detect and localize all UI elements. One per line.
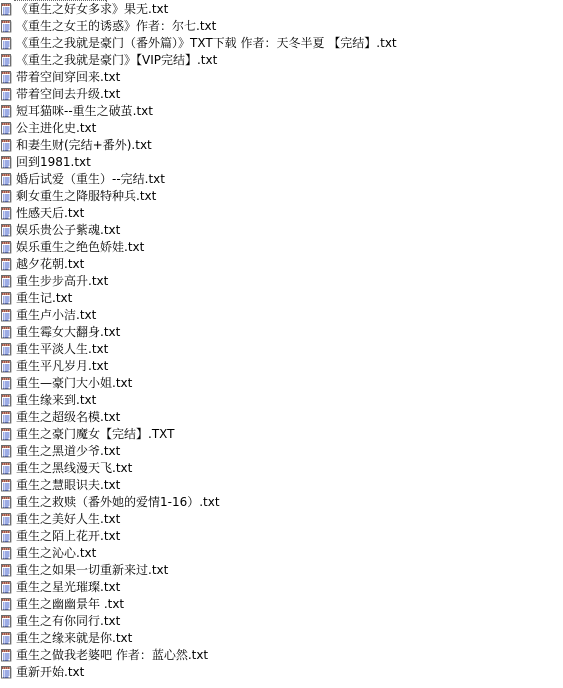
file-name[interactable]: 重生卢小洁.txt <box>16 307 96 324</box>
file-name[interactable]: 重生记.txt <box>16 290 72 307</box>
file-item[interactable]: 重生之黑道少爷.txt <box>0 443 563 460</box>
file-name[interactable]: 《重生之我就是豪门》【VIP完结】.txt <box>16 52 217 69</box>
file-item[interactable]: 重生步步高升.txt <box>0 273 563 290</box>
text-file-icon <box>1 598 12 611</box>
file-item[interactable]: 重生平凡岁月.txt <box>0 358 563 375</box>
text-file-icon <box>1 326 12 339</box>
file-item[interactable]: 婚后试爱（重生）--完结.txt <box>0 171 563 188</box>
text-file-icon <box>1 547 12 560</box>
file-name[interactable]: 重生之有你同行.txt <box>16 613 120 630</box>
file-item[interactable]: 重生之黑线漫天飞.txt <box>0 460 563 477</box>
file-item[interactable]: 性感天后.txt <box>0 205 563 222</box>
file-name[interactable]: 重生霉女大翻身.txt <box>16 324 120 341</box>
file-name[interactable]: 重生之豪门魔女【完结】.TXT <box>16 426 175 443</box>
file-item[interactable]: 《重生之我就是豪门》【VIP完结】.txt <box>0 52 563 69</box>
file-item[interactable]: 重生之如果一切重新来过.txt <box>0 562 563 579</box>
file-name[interactable]: 重生—豪门大小姐.txt <box>16 375 132 392</box>
file-item[interactable]: 重生之救赎（番外她的爱情1-16）.txt <box>0 494 563 511</box>
file-item[interactable]: 《重生之我就是豪门（番外篇）》TXT下载 作者：天冬半夏 【完结】.txt <box>0 35 563 52</box>
text-file-icon <box>1 156 12 169</box>
file-name[interactable]: 带着空间去升级.txt <box>16 86 120 103</box>
file-list: 《重生之好女多求》果无.txt <box>0 0 563 688</box>
file-item[interactable]: 剩女重生之降服特种兵.txt <box>0 188 563 205</box>
file-item[interactable]: 重生之幽幽景年 .txt <box>0 596 563 613</box>
file-name[interactable]: 重生之黑道少爷.txt <box>16 443 120 460</box>
file-name[interactable]: 短耳猫咪--重生之破茧.txt <box>16 103 153 120</box>
file-name[interactable]: 重生之沁心.txt <box>16 545 96 562</box>
text-file-icon <box>1 3 12 16</box>
file-item[interactable]: 重生缘来到.txt <box>0 392 563 409</box>
text-file-icon <box>1 632 12 645</box>
file-item[interactable]: 重生之缘来就是你.txt <box>0 630 563 647</box>
focus-rect-fragment-horizontal <box>14 0 106 1</box>
file-item[interactable]: 重生之沁心.txt <box>0 545 563 562</box>
file-name[interactable]: 重生之星光璀璨.txt <box>16 579 120 596</box>
file-name[interactable]: 娱乐贵公子紫魂.txt <box>16 222 120 239</box>
text-file-icon <box>1 615 12 628</box>
file-item[interactable]: 《重生之好女多求》果无.txt <box>0 1 563 18</box>
file-name[interactable]: 重生之黑线漫天飞.txt <box>16 460 132 477</box>
text-file-icon <box>1 343 12 356</box>
text-file-icon <box>1 224 12 237</box>
file-name[interactable]: 重新开始.txt <box>16 664 84 681</box>
text-file-icon <box>1 37 12 50</box>
text-file-icon <box>1 207 12 220</box>
file-name[interactable]: 重生步步高升.txt <box>16 273 108 290</box>
file-name[interactable]: 重生平淡人生.txt <box>16 341 108 358</box>
text-file-icon <box>1 428 12 441</box>
text-file-icon <box>1 394 12 407</box>
text-file-icon <box>1 275 12 288</box>
file-name[interactable]: 重生之超级名模.txt <box>16 409 120 426</box>
file-item[interactable]: 重生之美好人生.txt <box>0 511 563 528</box>
file-name[interactable]: 重生之慧眼识夫.txt <box>16 477 120 494</box>
file-name[interactable]: 重生之陌上花开.txt <box>16 528 120 545</box>
file-item[interactable]: 重生记.txt <box>0 290 563 307</box>
text-file-icon <box>1 564 12 577</box>
file-item[interactable]: 重生卢小洁.txt <box>0 307 563 324</box>
file-name[interactable]: 婚后试爱（重生）--完结.txt <box>16 171 165 188</box>
file-name[interactable]: 带着空间穿回来.txt <box>16 69 120 86</box>
focus-rect-fragment-vertical <box>106 0 107 4</box>
file-name[interactable]: 剩女重生之降服特种兵.txt <box>16 188 156 205</box>
file-name[interactable]: 《重生之女王的诱惑》作者：尔七.txt <box>16 18 216 35</box>
file-name[interactable]: 重生之缘来就是你.txt <box>16 630 132 647</box>
file-name[interactable]: 回到1981.txt <box>16 154 91 171</box>
text-file-icon <box>1 190 12 203</box>
file-item[interactable]: 重生之做我老婆吧 作者：蓝心然.txt <box>0 647 563 664</box>
text-file-icon <box>1 513 12 526</box>
text-file-icon <box>1 241 12 254</box>
text-file-icon <box>1 292 12 305</box>
text-file-icon <box>1 360 12 373</box>
file-item[interactable]: 重生霉女大翻身.txt <box>0 324 563 341</box>
file-item[interactable]: 《重生之女王的诱惑》作者：尔七.txt <box>0 18 563 35</box>
file-name[interactable]: 越夕花朝.txt <box>16 256 84 273</box>
file-item[interactable]: 重生之陌上花开.txt <box>0 528 563 545</box>
file-item[interactable]: 重生之超级名模.txt <box>0 409 563 426</box>
file-item[interactable]: 回到1981.txt <box>0 154 563 171</box>
file-item[interactable]: 带着空间去升级.txt <box>0 86 563 103</box>
text-file-icon <box>1 530 12 543</box>
file-item[interactable]: 带着空间穿回来.txt <box>0 69 563 86</box>
text-file-icon <box>1 173 12 186</box>
file-name[interactable]: 重生之幽幽景年 .txt <box>16 596 124 613</box>
text-file-icon <box>1 105 12 118</box>
file-name[interactable]: 重生之美好人生.txt <box>16 511 120 528</box>
file-name[interactable]: 重生缘来到.txt <box>16 392 96 409</box>
file-item[interactable]: 和妻生财(完结+番外).txt <box>0 137 563 154</box>
file-item[interactable]: 公主进化史.txt <box>0 120 563 137</box>
file-item[interactable]: 重生之有你同行.txt <box>0 613 563 630</box>
text-file-icon <box>1 649 12 662</box>
file-item[interactable]: 越夕花朝.txt <box>0 256 563 273</box>
text-file-icon <box>1 139 12 152</box>
text-file-icon <box>1 309 12 322</box>
file-name[interactable]: 《重生之我就是豪门（番外篇）》TXT下载 作者：天冬半夏 【完结】.txt <box>16 35 397 52</box>
file-name[interactable]: 娱乐重生之绝色娇娃.txt <box>16 239 144 256</box>
text-file-icon <box>1 71 12 84</box>
file-name[interactable]: 重生之做我老婆吧 作者：蓝心然.txt <box>16 647 208 664</box>
file-name[interactable]: 《重生之好女多求》果无.txt <box>16 1 168 18</box>
text-file-icon <box>1 666 12 679</box>
text-file-icon <box>1 20 12 33</box>
file-name[interactable]: 重生之如果一切重新来过.txt <box>16 562 168 579</box>
file-item[interactable]: 娱乐贵公子紫魂.txt <box>0 222 563 239</box>
text-file-icon <box>1 411 12 424</box>
text-file-icon <box>1 88 12 101</box>
file-item[interactable]: 娱乐重生之绝色娇娃.txt <box>0 239 563 256</box>
file-item[interactable]: 重生之星光璀璨.txt <box>0 579 563 596</box>
text-file-icon <box>1 496 12 509</box>
text-file-icon <box>1 54 12 67</box>
file-item[interactable]: 重生之慧眼识夫.txt <box>0 477 563 494</box>
file-item[interactable]: 重生之豪门魔女【完结】.TXT <box>0 426 563 443</box>
text-file-icon <box>1 462 12 475</box>
file-name[interactable]: 性感天后.txt <box>16 205 84 222</box>
text-file-icon <box>1 445 12 458</box>
file-item[interactable]: 重生—豪门大小姐.txt <box>0 375 563 392</box>
text-file-icon <box>1 581 12 594</box>
text-file-icon <box>1 479 12 492</box>
file-name[interactable]: 公主进化史.txt <box>16 120 96 137</box>
text-file-icon <box>1 377 12 390</box>
file-item[interactable]: 重新开始.txt <box>0 664 563 681</box>
file-name[interactable]: 重生平凡岁月.txt <box>16 358 108 375</box>
file-item[interactable]: 短耳猫咪--重生之破茧.txt <box>0 103 563 120</box>
file-name[interactable]: 重生之救赎（番外她的爱情1-16）.txt <box>16 494 220 511</box>
text-file-icon <box>1 122 12 135</box>
file-item[interactable]: 重生平淡人生.txt <box>0 341 563 358</box>
text-file-icon <box>1 258 12 271</box>
file-name[interactable]: 和妻生财(完结+番外).txt <box>16 137 152 154</box>
